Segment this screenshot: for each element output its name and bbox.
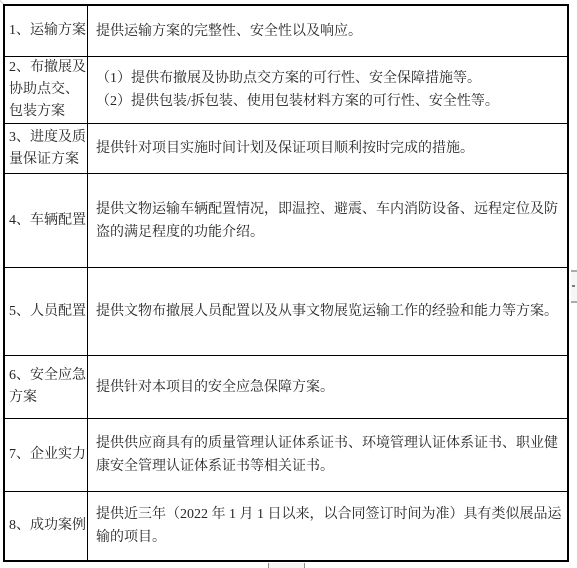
row-content: （1）提供布撤展及协助点交方案的可行性、安全保障措施等。 （2）提供包装/拆包装… <box>88 57 567 123</box>
table-row: 5、人员配置 提供文物布撤展人员配置以及从事文物展览运输工作的经验和能力等方案。 <box>5 268 567 356</box>
evaluation-criteria-table: 1、运输方案 提供运输方案的完整性、安全性以及响应。 2、布撤展及协助点交、包装… <box>3 4 569 562</box>
row-content: 提供近三年（2022 年 1 月 1 日以来，以合同签订时间为准）具有类似展品运… <box>88 492 567 560</box>
table-row: 3、进度及质量保证方案 提供针对项目实施时间计划及保证项目顺利按时完成的措施。 <box>5 124 567 174</box>
page-edge-fragment <box>268 563 305 568</box>
content-paragraph: （1）提供布撤展及协助点交方案的可行性、安全保障措施等。 <box>96 67 563 90</box>
table-row: 7、企业实力 提供供应商具有的质量管理认证体系证书、环境管理认证体系证书、职业健… <box>5 419 567 492</box>
table-row: 8、成功案例 提供近三年（2022 年 1 月 1 日以来，以合同签订时间为准）… <box>5 492 567 560</box>
scrollbar-fragment[interactable] <box>571 270 577 303</box>
content-paragraph: 提供针对本项目的安全应急保障方案。 <box>96 376 563 399</box>
content-paragraph: 提供针对项目实施时间计划及保证项目顺利按时完成的措施。 <box>96 137 563 160</box>
row-label: 8、成功案例 <box>5 492 88 560</box>
row-label: 3、进度及质量保证方案 <box>5 124 88 173</box>
row-label: 6、安全应急方案 <box>5 356 88 418</box>
content-paragraph: （2）提供包装/拆包装、使用包装材料方案的可行性、安全性等。 <box>96 90 563 113</box>
content-paragraph: 提供文物布撤展人员配置以及从事文物展览运输工作的经验和能力等方案。 <box>96 300 563 323</box>
scrollbar-handle-icon <box>572 285 575 287</box>
row-label: 1、运输方案 <box>5 6 88 56</box>
table-row: 1、运输方案 提供运输方案的完整性、安全性以及响应。 <box>5 6 567 57</box>
row-label: 5、人员配置 <box>5 268 88 355</box>
row-content: 提供供应商具有的质量管理认证体系证书、环境管理认证体系证书、职业健康安全管理认证… <box>88 419 567 491</box>
content-paragraph: 提供供应商具有的质量管理认证体系证书、环境管理认证体系证书、职业健康安全管理认证… <box>96 432 563 478</box>
row-content: 提供针对本项目的安全应急保障方案。 <box>88 356 567 418</box>
content-paragraph: 提供运输方案的完整性、安全性以及响应。 <box>96 20 563 43</box>
table-row: 2、布撤展及协助点交、包装方案 （1）提供布撤展及协助点交方案的可行性、安全保障… <box>5 57 567 124</box>
row-content: 提供运输方案的完整性、安全性以及响应。 <box>88 6 567 56</box>
row-label: 2、布撤展及协助点交、包装方案 <box>5 57 88 123</box>
document-page: 1、运输方案 提供运输方案的完整性、安全性以及响应。 2、布撤展及协助点交、包装… <box>0 0 577 568</box>
row-content: 提供文物运输车辆配置情况，即温控、避震、车内消防设备、远程定位及防盗的满足程度的… <box>88 174 567 267</box>
row-content: 提供针对项目实施时间计划及保证项目顺利按时完成的措施。 <box>88 124 567 173</box>
content-paragraph: 提供文物运输车辆配置情况，即温控、避震、车内消防设备、远程定位及防盗的满足程度的… <box>96 198 563 244</box>
row-label: 4、车辆配置 <box>5 174 88 267</box>
row-label: 7、企业实力 <box>5 419 88 491</box>
row-content: 提供文物布撤展人员配置以及从事文物展览运输工作的经验和能力等方案。 <box>88 268 567 355</box>
content-paragraph: 提供近三年（2022 年 1 月 1 日以来，以合同签订时间为准）具有类似展品运… <box>96 503 563 549</box>
table-row: 6、安全应急方案 提供针对本项目的安全应急保障方案。 <box>5 356 567 419</box>
table-row: 4、车辆配置 提供文物运输车辆配置情况，即温控、避震、车内消防设备、远程定位及防… <box>5 174 567 268</box>
